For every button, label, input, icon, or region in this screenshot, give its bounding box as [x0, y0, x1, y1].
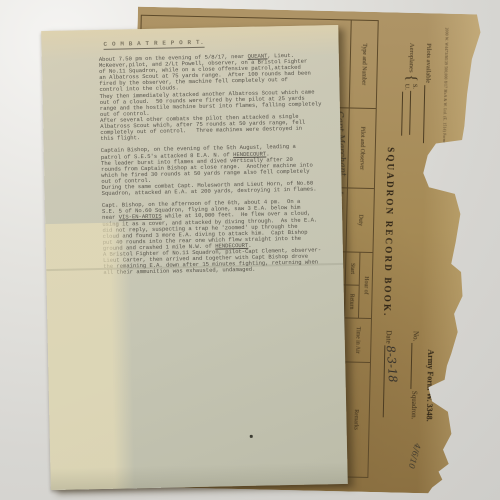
col-header-type-number: Type and Number — [349, 20, 378, 109]
blank-rule — [410, 91, 418, 135]
aeroplanes-su: S. U. — [402, 83, 419, 135]
paper-tone-left — [45, 222, 135, 490]
aeroplanes-s-label: S. — [412, 84, 419, 89]
col-header-pilot-observer: Pilot and Observer — [347, 108, 376, 189]
blank-rule — [402, 91, 410, 135]
sub-header-return: Return — [344, 285, 359, 318]
squadron-label: Squadron. — [410, 391, 419, 420]
aeroplanes-line: Aeroplanes { S. U. — [401, 43, 420, 136]
photo-of-documents: 2000 W. W4473/M139 500,000 8/17 McA & W.… — [0, 0, 500, 500]
report-body: About 7.50 pm on the evening of 5/8/17, … — [99, 52, 344, 276]
pilots-available-label: Pilots available — [424, 43, 432, 83]
col-header-hour-of: Hour of — [358, 253, 372, 319]
pilots-available-line: Pilots available — [423, 43, 432, 143]
aeroplanes-label: Aeroplanes — [408, 43, 416, 73]
squadron-number-line: No. Squadron. — [410, 331, 420, 420]
paper-speck — [250, 435, 253, 438]
blank-rule — [423, 85, 431, 143]
no-label: No. — [411, 331, 419, 341]
paper-tone-top — [41, 25, 339, 61]
army-form-number: Army Form W. 3348. — [425, 349, 436, 421]
col-header-time-in-air: Time in Air — [343, 318, 371, 363]
aeroplanes-u-label: U. — [404, 84, 411, 90]
printer-imprint: 2000 W. W4473/M139 500,000 8/17 McA & W.… — [442, 28, 449, 159]
pencil-scribble: 4/6/10 — [407, 442, 422, 469]
col-header-duty: Duty — [345, 188, 373, 253]
sub-header-start: Start — [345, 252, 360, 285]
brace-glyph: { — [402, 74, 419, 82]
combat-report-sheet: C O M B A T R E P O R T. About 7.50 pm o… — [41, 25, 348, 490]
blank-rule — [410, 343, 418, 389]
